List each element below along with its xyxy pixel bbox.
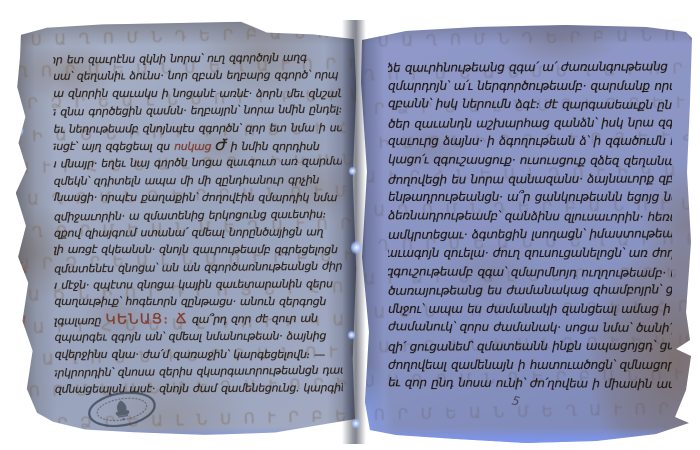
edge-light-glint [15,125,23,137]
undertext-row: Ե Ս Ա Ղ Ո Մ Ն Դ Ե Ր Բ Ա Ն Ո Ւ Մ Ս Է Լ Ո [13,20,359,50]
body-text: ժամանուկ՝ զորս ժամանակ· սոցա նմա՝ ծանի՛ր… [388,319,672,335]
body-text: եւ զոր ընդ նոսա ունի՝ ժո՛ղովեա ի միասին … [388,375,672,391]
manuscript-text-line: կացո՛ւ զգուշասցուք· ուսուսցուք զձեզ զեղա… [388,150,672,170]
manuscript-text-line: զպարգեւ զգոյն ան՝ զմեալ նմանութեան· ձայն… [55,327,343,346]
body-text: զգուշութեամբ զգա՝ զմարմնոյդ ուղղութեամբ·… [388,264,672,280]
body-text: որ ետ զաւրէնս զկնի նորա՝ ուղ զգործոյն աղ… [53,51,307,67]
manuscript-text-line: Յ̈զի առցէ զկեանսն· զնոյն զաւրութեամբ զգր… [54,241,342,259]
body-text: զմեկն՝ զդիտելն ապա մի մի զընդհանուր գրչի… [54,173,319,187]
body-text: զպարգեւ զգոյն ան՝ զմեալ նմանութեան· ձայն… [55,330,327,344]
manuscript-text-line: զաղաւթիւք՝ հոգեւորն զընթացս· անուն զերգո… [54,293,342,311]
manuscript-text-line: սա՝ զեղանիւ ձունս· նոր զբան եղբարց զգործ… [53,67,341,86]
manuscript-text-line: զմարդոյն՝ ա՛ւ ներգործութեամբ· զարմանք որ… [388,77,672,96]
manuscript-text-line: ժողովեալ զամենայն ի հատուածոցն՝ զմնացորդ… [388,356,672,375]
rubric-text: ԿԵՆԱՑ։ Ճ [105,311,188,328]
manuscript-page-left: Ե Ս Ա Ղ Ո Մ Ն Դ Ե Ր Բ Ա Ն Ո Ւ Մ Ս Է Լ ՈՈ… [13,19,359,443]
manuscript-text-line: զքով զիայգում ստանա՛ զմեալ նորընծայիցն ա… [54,223,342,242]
manuscript-text-line: ժամանուկ՝ զորս ժամանակ· սոցա նմա՝ ծանի՛ր… [388,317,672,337]
undertext-row: Ե Ս Ա Ղ Ո Մ Ն Դ Ե Ր Բ Ա Ն Ո Ւ Մ Ս Է Լ Ո [356,23,694,51]
manuscript-text-line: ծառայութեանց ես ժամանակաց զհամբոյրն՝ ցու… [388,280,672,300]
manuscript-text-line: ծեր զաւանդն աշխարհաց զանձն՝ իսկ նրա զգու… [388,113,672,133]
overtext-block-left: Յ̈որ ետ զաւրէնս զկնի նորա՝ ուղ զգործոյն … [53,49,343,398]
manuscript-text-line: ժողովեցի ես նորա զանազանս· ձայնաւորք զբա… [388,169,672,189]
body-text: ժողովեցի ես նորա զանազանս· ձայնաւորք զբա… [388,171,672,187]
manuscript-text-line: զվերջինս զնա· ժա՛մ զառաջին՝ կարգեցելովն։… [55,345,343,363]
manuscript-text-line: Յ̈մնասցի· որպէս քաղաքին՝ ժողովէին զմարդի… [54,189,342,207]
body-text: երկրորդին՝ զնոսա զերիս զկարգաւորութեանցն… [55,363,343,379]
marginal-rubric-glyph: Ճ [13,258,29,279]
body-text: ի նմին զորդիսն [226,140,319,153]
manuscript-text-line: զի՛ ցուցանեմ՝ զմատեանն ինքն ապացոյցդ՝ ցա… [388,336,672,356]
body-text: ձե զաւրհնութեանց զգա՛ ա՛ ժառանգութեանց ն… [388,59,672,75]
body-text: զա՞րդ զոր ժէ զուր ան [188,312,318,326]
body-text: մնջու՝ ապա ես ժամանակի զանցեալ ամաց ի հն… [388,302,672,316]
manuscript-text-line: ա զնորին զաւակս ի նոցանէ առնէ· ձորն մեւ … [53,85,341,103]
manuscript-text-line: զմեկն՝ զդիտելն ապա մի մի զընդհանուր գրչի… [54,171,342,190]
body-text: սա՝ զեղանիւ ձունս· նոր զբան եղբարց զգործ… [53,69,338,83]
manuscript-text-line: Խզգուշութեամբ զգա՝ զմարմնոյդ ուղղութեամբ… [388,262,672,282]
body-text: ա զնորին զաւակս ի նոցանէ առնէ· ձորն մեւ … [53,87,341,100]
undertext-row: Բ Ա Ր Ձ Ր Ե Ա Լ Ն Ս Ո Ւ Ր Բ Ե Ւ Ա Մ Է Ն [13,404,359,434]
manuscript-text-line: մնջու՝ ապա ես ժամանակի զանցեալ ամաց ի հն… [388,300,672,319]
overtext-block-right: Ղձե զաւրհնութեանց զգա՛ ա՛ ժառանգութեանց … [388,58,672,393]
manuscript-text-line: Լաւագոյն զուելա· ժուղ զուսուցանելոցն՝ առ… [388,244,672,263]
manuscript-text-line: Բերկրորդին՝ զնոսա զերիս զկարգաւորութեանց… [55,361,343,381]
marginal-rubric-glyph: զ [15,308,28,328]
body-text: մնասցի· որպէս քաղաքին՝ ժողովէին զմարդիկ … [54,191,337,204]
body-text: զմարդոյն՝ ա՛ւ ներգործութեամբ· զարմանք որ… [388,79,672,93]
manuscript-page-right: Ե Ս Ա Ղ Ո Մ Ն Դ Ե Ր Բ Ա Ն Ո Ւ Մ Ս Է Լ ՈՈ… [356,22,694,444]
manuscript-text-line: եւ զոր ընդ նոսա ունի՝ ժո՛ղովեա ի միասին … [388,373,672,393]
body-text: զբանն՝ իսկ ներումն ձգէ։ ժէ զարգասեաւքն ը… [388,96,672,112]
body-text: զքով զիայգում ստանա՛ զմեալ նորընծայիցն ա… [54,225,323,239]
body-text: զմիջաւորին· ա զմատենից երկոցունց զաւետիս… [54,207,326,223]
manuscript-text-line: ամկրտեցաւ· ձգտեցին լսողացն՝ իմաստութեամբ… [388,225,672,245]
manuscript-text-line: Ժ̈ն մնայր· եղեւ նայ գործն նոցա զաւգուտ ա… [54,153,342,173]
body-text: զգալառը [54,314,105,328]
body-text: կացո՛ւ զգուշասցուք· ուսուսցուք զձեզ զեղա… [388,152,672,168]
manuscript-text-line: զբանն՝ իսկ ներումն ձգէ։ ժէ զարգասեաւքն ը… [388,94,672,114]
manuscript-text-line: եւ նեղութեամբ զնոյնպէս զգործն՝ զոր ետ նմ… [53,119,341,138]
body-text: զաղաւթիւք՝ հոգեւորն զընթացս· անուն զերգո… [54,295,326,308]
manuscript-text-line: զաւուրց ձայնս· ի ձգողութեան ձ՝ ի զգածում… [388,132,672,151]
manuscript-text-line: զմիջաւորին· ա զմատենից երկոցունց զաւետիս… [54,205,342,225]
body-text: Ժ̈ [215,137,226,154]
manuscript-photo: Ե Ս Ա Ղ Ո Մ Ն Դ Ե Ր Բ Ա Ն Ո Ւ Մ Ս Է Լ ՈՈ… [0,0,700,450]
manuscript-text-line: ենթադրութեանցն· ա՞ր ցանկութեանն եցոյց նկ… [388,188,672,207]
binding-thread-glint [352,418,360,429]
manuscript-text-line: Յ̈ն մէջն· զպէտս զնոցա կային զաւետարանին … [54,275,342,294]
manuscript-text-line: ×Ղեսցէ՝ այղ զգեցեալ զս ոսկաց Ժ̈ ի նմին զ… [54,137,342,155]
manuscript-text-line: Յ̈որ ետ զաւրէնս զկնի նորա՝ ուղ զգործոյն … [53,48,341,68]
quire-number-mark: 5 [511,393,521,408]
body-text: եւ նեղութեամբ զնոյնպէս զգործն՝ զոր ետ նմ… [53,121,341,136]
manuscript-text-line: Ղձե զաւրհնութեանց զգա՛ ա՛ ժառանգութեանց … [388,57,672,77]
body-text: զի՛ ցուցանեմ՝ զմատեանն ինքն ապացոյցդ՝ ցա… [388,338,672,354]
rubric-text: ոսկաց [174,140,211,153]
body-text: զվերջինս զնա· ժա՛մ զառաջին՝ կարգեցելովն։… [55,347,325,360]
body-text: ծառայութեանց ես ժամանակաց զհամբոյրն՝ ցու… [388,282,672,298]
body-text: ծեր զաւանդն աշխարհաց զանձն՝ իսկ նրա զգու… [388,115,672,131]
body-text: զաւուրց ձայնս· ի ձգողութեան ձ՝ ի զգածում… [388,134,672,148]
manuscript-text-line: ձեռնադրութեամբ՝ զանձինս զլուսաւորին· հեռ… [388,206,672,226]
body-text: ենթադրութեանցն· ա՞ր ցանկութեանն եցոյց նկ… [388,190,672,204]
body-text: զի առցէ զկեանսն· զնոյն զաւրութեամբ զգրեց… [54,243,337,256]
undertext-row: Ո Ղ Ո Ր Մ Ե Ա Ն Մ Ե Ղ Ա Ւ Ո Ր Ի Ս Դ Ա Ն [356,397,694,425]
body-text: ժողովեալ զամենայն ի հատուածոցն՝ զմնացորդ… [388,358,672,372]
manuscript-text-line: զմատենէս զնոցա՝ ան ան զգործառնութեանցն ժ… [54,257,342,277]
body-text: ն մնայր· եղեւ նայ գործն նոցա զաւգուտ առ … [54,155,342,171]
body-text: եսցէ՝ այղ զգեցեալ զս [54,140,174,153]
body-text: զմատենէս զնոցա՝ ան ան զգործառնութեանցն ժ… [54,259,342,275]
body-text: ձեռնադրութեամբ՝ զանձինս զլուսաւորին· հեռ… [388,208,672,224]
manuscript-text-line: Յ̈ե զնա գործեցին զամսն· եղբայրն՝ նորա նմ… [53,101,341,121]
body-text: ե զնա գործեցին զամսն· եղբայրն՝ նորա նմին… [53,103,341,119]
manuscript-text-line: Ժ̈զգալառը ԿԵՆԱՑ։ Ճ զա՞րդ զոր ժէ զուր ան [54,309,342,329]
body-text: ն մէջն· զպէտս զնոցա կային զաւետարանին զե… [54,277,332,291]
body-text: աւագոյն զուելա· ժուղ զուսուցանելոցն՝ առ … [388,246,672,260]
body-text: ամկրտեցաւ· ձգտեցին լսողացն՝ իմաստութեամբ… [388,226,672,242]
